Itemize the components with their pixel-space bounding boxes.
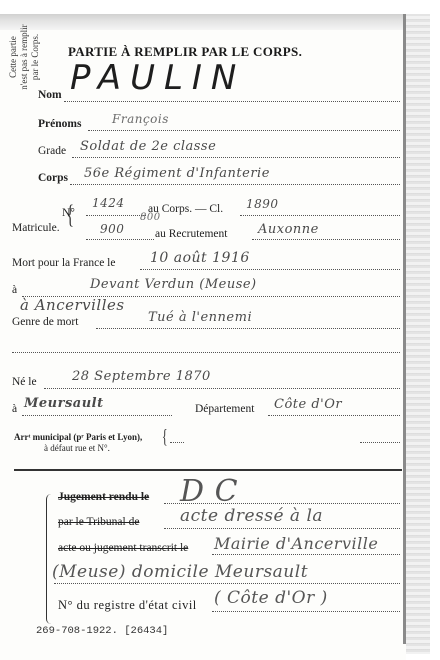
registre-line <box>212 611 400 612</box>
naissance-line <box>44 388 400 389</box>
registre-value: ( Côte d'Or ) <box>214 588 328 608</box>
matricule-corps-line <box>86 215 146 216</box>
tribunal-value: acte dressé à la <box>180 506 323 526</box>
lieu-mort-label: à <box>12 284 17 296</box>
matricule-label: Matricule. <box>12 222 60 234</box>
side-note-line-2: n'est pas à remplir <box>19 2 30 112</box>
line4-line <box>54 583 400 584</box>
grade-line <box>72 157 400 158</box>
corps-label: Corps <box>38 172 68 184</box>
tribunal-line <box>164 528 400 529</box>
prenoms-value: François <box>112 112 169 126</box>
genre-mort-value: Tué à l'ennemi <box>148 310 252 325</box>
prenoms-label: Prénoms <box>38 118 81 130</box>
lower-brace <box>46 494 51 624</box>
recrutement-label: au Recrutement <box>155 228 227 240</box>
jugement-label: Jugement rendu le <box>58 491 149 503</box>
recrutement-line <box>86 239 154 240</box>
mort-line <box>140 269 400 270</box>
line4-value: (Meuse) domicile Meursault <box>52 562 308 582</box>
departement-label: Département <box>195 403 254 415</box>
lieu-naissance-line <box>22 415 172 416</box>
mort-label: Mort pour la France le <box>12 257 115 269</box>
jugement-value: D C <box>180 474 238 509</box>
side-note: Cette partie n'est pas à remplir par le … <box>8 2 41 112</box>
recrutement-value-above: 800 <box>140 212 161 223</box>
scan-side-shadow <box>406 14 430 654</box>
lieu-mort-extra: à Ancervilles <box>20 296 125 314</box>
nom-value: PAULIN <box>70 58 245 98</box>
transcrit-value: Mairie d'Ancerville <box>214 534 378 553</box>
print-reference: 269-708-1922. [26434] <box>36 625 168 637</box>
recrutement-place-line <box>252 239 400 240</box>
nom-line <box>64 101 400 102</box>
transcrit-line <box>212 554 400 555</box>
matricule-brace: { <box>66 200 73 230</box>
registre-label: N° du registre d'état civil <box>58 598 197 613</box>
side-note-line-3: par le Corps. <box>30 2 41 112</box>
corps-value: 56e Régiment d'Infanterie <box>84 166 270 181</box>
tribunal-label: par le Tribunal de <box>58 516 139 528</box>
blank-line <box>12 352 400 353</box>
naissance-label: Né le <box>12 376 37 388</box>
lieu-naissance-value: Meursault <box>24 396 104 411</box>
corps-line <box>70 184 400 185</box>
departement-value: Côte d'Or <box>274 397 342 412</box>
arrondissement-label-1: Arrᵗ municipal (pʳ Paris et Lyon), <box>14 432 142 442</box>
side-note-line-1: Cette partie <box>8 2 19 112</box>
lieu-mort-value: Devant Verdun (Meuse) <box>90 277 257 292</box>
transcrit-label: acte ou jugement transcrit le <box>58 542 188 554</box>
arrondissement-line <box>170 442 184 443</box>
lieu-naissance-label: à <box>12 403 17 415</box>
scan-top-shadow <box>0 14 406 30</box>
arrondissement-line-right <box>360 442 400 443</box>
classe-line <box>240 215 400 216</box>
matricule-corps-value: 1424 <box>92 196 125 210</box>
genre-mort-line <box>96 328 400 329</box>
recrutement-value: 900 <box>100 222 124 236</box>
transcrit-label-text: acte ou jugement transcrit le <box>58 542 188 554</box>
section-divider <box>14 469 402 471</box>
naissance-value: 28 Septembre 1870 <box>72 369 211 384</box>
arrondissement-brace: { <box>162 426 168 449</box>
arrondissement-label-2: à défaut rue et N°. <box>44 443 110 453</box>
grade-value: Soldat de 2e classe <box>80 139 216 154</box>
recrutement-place: Auxonne <box>258 222 319 237</box>
departement-line <box>268 415 400 416</box>
prenoms-line <box>88 130 400 131</box>
classe-value: 1890 <box>246 197 279 211</box>
grade-label: Grade <box>38 145 66 157</box>
genre-mort-label: Genre de mort <box>12 316 78 328</box>
mort-value: 10 août 1916 <box>150 250 250 266</box>
nom-label: Nom <box>38 89 62 101</box>
